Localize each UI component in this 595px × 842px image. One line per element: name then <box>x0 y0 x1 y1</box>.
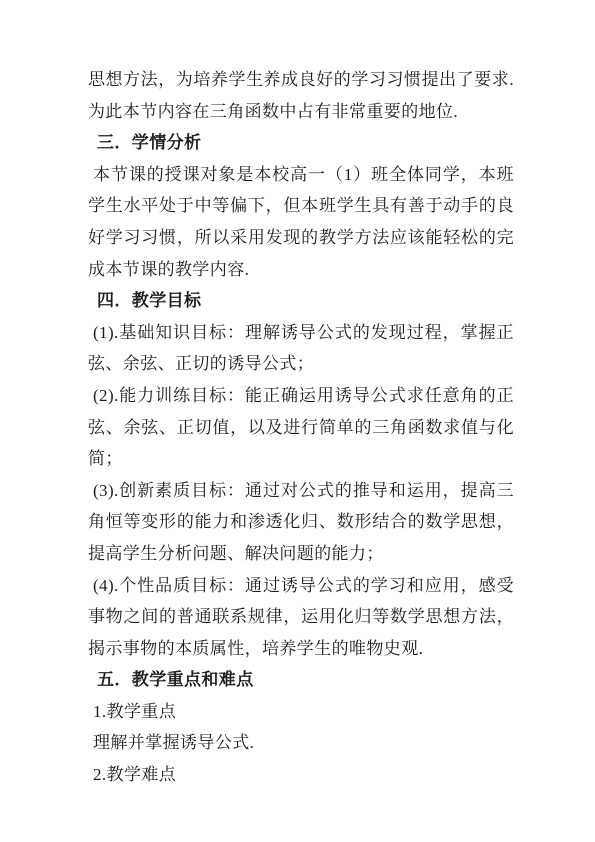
paragraph-learner-analysis: 本节课的授课对象是本校高一（1）班全体同学，本班学生水平处于中等偏下，但本班学生… <box>88 159 514 285</box>
paragraph-intro-continuation: 思想方法，为培养学生养成良好的学习习惯提出了要求. 为此本节内容在三角函数中占有… <box>88 64 514 127</box>
paragraph-goal-2-ability-training: (2).能力训练目标：能正确运用诱导公式求任意角的正弦、余弦、正切值，以及进行简… <box>88 380 514 475</box>
document-body: 思想方法，为培养学生养成良好的学习习惯提出了要求. 为此本节内容在三角函数中占有… <box>88 64 514 791</box>
paragraph-teaching-difficulty-label: 2.教学难点 <box>88 759 514 791</box>
paragraph-teaching-key-point-content: 理解并掌握诱导公式. <box>88 727 514 759</box>
paragraph-goal-3-innovation-quality: (3).创新素质目标：通过对公式的推导和运用，提高三角恒等变形的能力和渗透化归、… <box>88 475 514 570</box>
section-heading-4-teaching-goals: 四．教学目标 <box>88 285 514 317</box>
section-heading-3-learner-analysis: 三．学情分析 <box>88 127 514 159</box>
paragraph-goal-1-basic-knowledge: (1).基础知识目标：理解诱导公式的发现过程，掌握正弦、余弦、正切的诱导公式； <box>88 317 514 380</box>
paragraph-teaching-key-point-label: 1.教学重点 <box>88 696 514 728</box>
document-page: 思想方法，为培养学生养成良好的学习习惯提出了要求. 为此本节内容在三角函数中占有… <box>0 0 595 842</box>
paragraph-goal-4-personal-quality: (4).个性品质目标：通过诱导公式的学习和应用，感受事物之间的普通联系规律，运用… <box>88 570 514 665</box>
section-heading-5-key-points-difficulties: 五．教学重点和难点 <box>88 664 514 696</box>
